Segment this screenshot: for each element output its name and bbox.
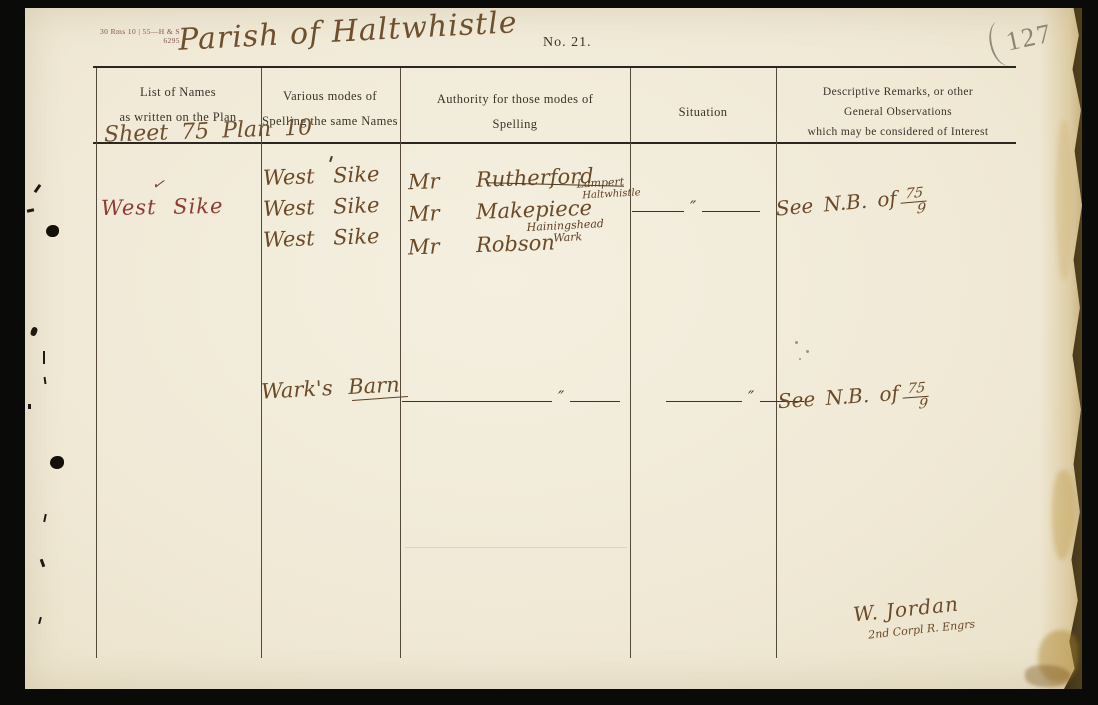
remarks-fraction: 75 9 — [901, 185, 929, 217]
printer-stamp: 30 Rms 10 | 55—H & S 6295 — [100, 27, 180, 45]
column-header-situation: Situation — [679, 100, 728, 125]
ditto-line — [702, 211, 760, 212]
column-header-line: Spelling — [437, 112, 593, 137]
authority-name: Robson — [476, 230, 556, 257]
ditto-line — [402, 401, 552, 402]
pencil-speck — [799, 358, 801, 360]
margin-mark — [43, 351, 45, 364]
printer-stamp-line2: 6295 — [100, 36, 180, 45]
spelling-entry: West Sike — [263, 224, 380, 252]
margin-mark — [28, 404, 31, 409]
column-divider-4 — [776, 68, 777, 658]
column-header-line: List of Names — [119, 80, 236, 105]
ditto-line — [570, 401, 620, 402]
column-divider-1 — [261, 68, 262, 658]
printer-stamp-line1: 30 Rms 10 | 55—H & S — [100, 27, 180, 36]
fraction-denominator: 9 — [916, 397, 931, 412]
column-header-line: General Observations — [807, 102, 988, 122]
ditto-mark: ″ — [748, 388, 754, 408]
column-header-line: Various modes of — [262, 84, 398, 109]
column-header-line: which may be considered of Interest — [807, 122, 988, 142]
column-header-line: Authority for those modes of — [437, 87, 593, 112]
authority-entry: Mr Robson — [408, 230, 556, 259]
authority-title: Mr — [408, 233, 477, 259]
authority-title: Mr — [408, 168, 477, 194]
ink-blot — [46, 225, 59, 237]
ditto-mark: ″ — [558, 388, 564, 408]
remarks-fraction: 75 9 — [903, 381, 931, 413]
authority-ditto: ″ — [402, 391, 620, 411]
column-header-line: Descriptive Remarks, or other — [807, 82, 988, 102]
column-header-authority: Authority for those modes of Spelling — [437, 87, 593, 137]
column-divider-2 — [400, 68, 401, 658]
scanned-document-page: { "colors": { "paper": "#f1ebd9", "backg… — [0, 0, 1098, 705]
fraction-denominator: 9 — [914, 201, 929, 216]
plan-name-west-sike: West Sike — [101, 194, 224, 220]
ditto-line — [632, 211, 684, 212]
pencil-speck — [795, 341, 798, 344]
paper-crease — [405, 547, 627, 548]
table-border-left — [96, 68, 97, 658]
ditto-mark: ″ — [690, 198, 696, 218]
column-header-remarks: Descriptive Remarks, or other General Ob… — [807, 82, 988, 142]
ink-blot — [50, 456, 64, 469]
ditto-line — [666, 401, 742, 402]
pencil-speck — [806, 350, 809, 353]
situation-ditto: ″ — [632, 201, 760, 221]
column-divider-3 — [630, 68, 631, 658]
table-top-rule — [93, 66, 1016, 68]
form-number: No. 21. — [543, 35, 592, 51]
column-header-line: Situation — [679, 100, 728, 125]
spelling-entry: West Sike — [263, 162, 380, 190]
check-mark: ✓ — [151, 174, 166, 194]
spelling-entry: West Sike — [263, 193, 380, 221]
authority-title: Mr — [408, 200, 477, 226]
